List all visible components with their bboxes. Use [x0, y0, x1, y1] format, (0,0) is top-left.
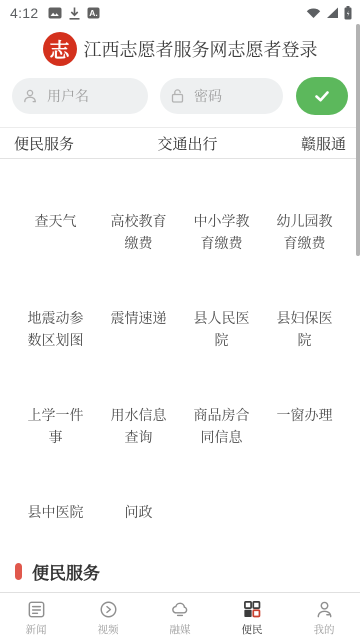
- service-item-school-tuition[interactable]: 中小学教育缴费: [180, 159, 263, 256]
- service-label: 查天气: [25, 210, 87, 232]
- service-label: 中小学教育缴费: [191, 210, 253, 254]
- service-item-maternity-hospital[interactable]: 县妇保医院: [263, 256, 346, 353]
- service-item-water-info[interactable]: 用水信息查询: [97, 353, 180, 450]
- service-label: 县中医院: [25, 501, 87, 523]
- news-icon: [26, 598, 47, 620]
- lock-icon: [170, 88, 185, 104]
- logo-character: 志: [50, 34, 70, 63]
- checkmark-icon: [311, 85, 333, 107]
- section-title: 便民服务: [32, 559, 100, 584]
- download-icon: [68, 7, 81, 20]
- nav-item-media[interactable]: 融媒: [144, 593, 216, 640]
- video-play-icon: [98, 598, 119, 620]
- service-icon-placeholder: [34, 163, 78, 207]
- service-icon-placeholder: [117, 454, 161, 498]
- service-icon-placeholder: [117, 163, 161, 207]
- service-item-earthquake-news[interactable]: 震情速递: [97, 256, 180, 353]
- service-item-housing-contract[interactable]: 商品房合同信息: [180, 353, 263, 450]
- service-item-weather[interactable]: 查天气: [14, 159, 97, 256]
- scrollbar-thumb[interactable]: [356, 24, 360, 256]
- tab-ganfutong[interactable]: 赣服通: [301, 133, 346, 154]
- svg-text:A.: A.: [90, 8, 99, 18]
- service-label: 上学一件事: [25, 404, 87, 448]
- service-label: 县妇保医院: [274, 307, 336, 351]
- nav-label: 视频: [98, 622, 119, 637]
- nav-label: 融媒: [170, 622, 191, 637]
- service-icon-placeholder: [283, 260, 327, 304]
- services-grid: 查天气 高校教育缴费 中小学教育缴费 幼儿园教育缴费 地震动参数区划图 震情速递…: [0, 159, 360, 547]
- username-field[interactable]: [12, 78, 148, 114]
- service-icon-placeholder: [200, 260, 244, 304]
- login-submit-button[interactable]: [296, 77, 348, 115]
- service-label: 一窗办理: [274, 404, 336, 426]
- service-item-peoples-hospital[interactable]: 县人民医院: [180, 256, 263, 353]
- tab-convenient-services[interactable]: 便民服务: [14, 133, 74, 154]
- service-item-tcm-hospital[interactable]: 县中医院: [14, 450, 97, 547]
- service-label: 问政: [108, 501, 170, 523]
- service-item-ask-government[interactable]: 问政: [97, 450, 180, 547]
- service-icon-placeholder: [34, 454, 78, 498]
- service-icon-placeholder: [117, 357, 161, 401]
- nav-item-video[interactable]: 视频: [72, 593, 144, 640]
- service-label: 县人民医院: [191, 307, 253, 351]
- service-icon-placeholder: [200, 357, 244, 401]
- screenshot-icon: [48, 7, 62, 19]
- bottom-nav: 新闻 视频 融媒 便民 我的: [0, 592, 360, 640]
- cellular-signal-icon: [326, 7, 339, 19]
- username-input[interactable]: [45, 87, 138, 105]
- profile-icon: [314, 598, 335, 620]
- page-title: 江西志愿者服务网志愿者登录: [84, 36, 318, 62]
- service-icon-placeholder: [283, 163, 327, 207]
- letter-a-badge-icon: A.: [87, 7, 100, 19]
- status-right-icons: [301, 6, 352, 20]
- status-time: 4:12: [10, 5, 38, 21]
- login-bar: [0, 73, 360, 119]
- app-header: 志 江西志愿者服务网志愿者登录: [0, 24, 360, 73]
- password-input[interactable]: [192, 87, 273, 105]
- user-icon: [22, 88, 38, 104]
- nav-item-profile[interactable]: 我的: [288, 593, 360, 640]
- service-icon-placeholder: [200, 163, 244, 207]
- service-item-college-tuition[interactable]: 高校教育缴费: [97, 159, 180, 256]
- service-item-one-window[interactable]: 一窗办理: [263, 353, 346, 450]
- section-header: 便民服务: [0, 557, 360, 585]
- password-field[interactable]: [160, 78, 283, 114]
- service-icon-placeholder: [34, 260, 78, 304]
- service-icon-placeholder: [283, 357, 327, 401]
- tab-transportation[interactable]: 交通出行: [157, 133, 217, 154]
- category-tabs: 便民服务 交通出行 赣服通: [0, 127, 360, 159]
- service-item-seismic-map[interactable]: 地震动参数区划图: [14, 256, 97, 353]
- nav-label: 新闻: [26, 622, 47, 637]
- nav-item-services[interactable]: 便民: [216, 593, 288, 640]
- section-accent-bar: [15, 563, 22, 580]
- app-screen: 4:12 A. 志 江西志愿者服务网志愿者登录: [0, 0, 360, 640]
- services-grid-icon: [242, 598, 262, 620]
- status-bar: 4:12 A.: [0, 0, 360, 24]
- service-item-empty: [180, 450, 263, 547]
- service-label: 地震动参数区划图: [25, 307, 87, 351]
- service-item-school-enrollment[interactable]: 上学一件事: [14, 353, 97, 450]
- volunteer-logo: 志: [43, 32, 77, 66]
- service-icon-placeholder: [117, 260, 161, 304]
- media-cloud-icon: [169, 598, 191, 620]
- service-item-empty: [263, 450, 346, 547]
- service-label: 幼儿园教育缴费: [274, 210, 336, 254]
- service-label: 震情速递: [108, 307, 170, 329]
- nav-item-news[interactable]: 新闻: [0, 593, 72, 640]
- service-icon-placeholder: [34, 357, 78, 401]
- service-label: 高校教育缴费: [108, 210, 170, 254]
- nav-label: 我的: [314, 622, 335, 637]
- service-label: 用水信息查询: [108, 404, 170, 448]
- service-label: 商品房合同信息: [191, 404, 253, 448]
- service-item-kindergarten-tuition[interactable]: 幼儿园教育缴费: [263, 159, 346, 256]
- nav-label: 便民: [242, 622, 263, 637]
- wifi-icon: [306, 7, 321, 19]
- battery-charging-icon: [344, 6, 352, 20]
